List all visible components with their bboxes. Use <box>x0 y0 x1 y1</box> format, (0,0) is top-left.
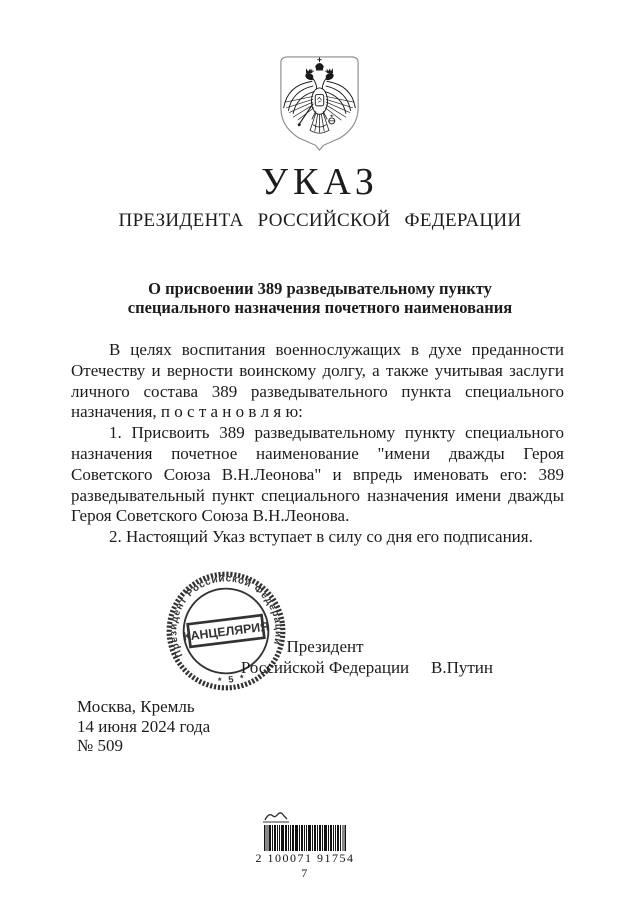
decree-number: № 509 <box>77 736 210 756</box>
signer-post-line1: Президент <box>237 636 413 657</box>
document-type-heading: УКАЗ <box>0 160 640 204</box>
decree-body: В целях воспитания военнослужащих в духе… <box>71 340 564 548</box>
russian-coat-of-arms-icon <box>278 55 361 152</box>
handwritten-mark-icon <box>262 810 294 825</box>
barcode-digits: 2 100071 91754 7 <box>250 851 360 881</box>
issue-details: Москва, Кремль 14 июня 2024 года № 509 <box>77 697 210 756</box>
barcode: 2 100071 91754 7 <box>250 810 360 881</box>
issue-place: Москва, Кремль <box>77 697 210 717</box>
decree-title: О присвоении 389 разведывательному пункт… <box>0 279 640 317</box>
issuer-heading: ПРЕЗИДЕНТА РОССИЙСКОЙ ФЕДЕРАЦИИ <box>0 210 640 232</box>
paragraph-item-2: 2. Настоящий Указ вступает в силу со дня… <box>71 527 564 548</box>
barcode-bars <box>264 825 346 851</box>
signer-name: В.Путин <box>431 657 493 678</box>
decree-title-line2: специального назначения почетного наимен… <box>0 298 640 317</box>
issue-date: 14 июня 2024 года <box>77 717 210 737</box>
decree-page: УКАЗ ПРЕЗИДЕНТА РОССИЙСКОЙ ФЕДЕРАЦИИ О п… <box>0 0 640 905</box>
signer-post: Президент Российской Федерации <box>237 636 413 678</box>
signature-block: Президент Российской Федерации В.Путин <box>237 636 493 678</box>
paragraph-item-1: 1. Присвоить 389 разведывательному пункт… <box>71 423 564 527</box>
paragraph-preamble: В целях воспитания военнослужащих в духе… <box>71 340 564 423</box>
signer-post-line2: Российской Федерации <box>237 657 413 678</box>
decree-title-line1: О присвоении 389 разведывательному пункт… <box>0 279 640 298</box>
